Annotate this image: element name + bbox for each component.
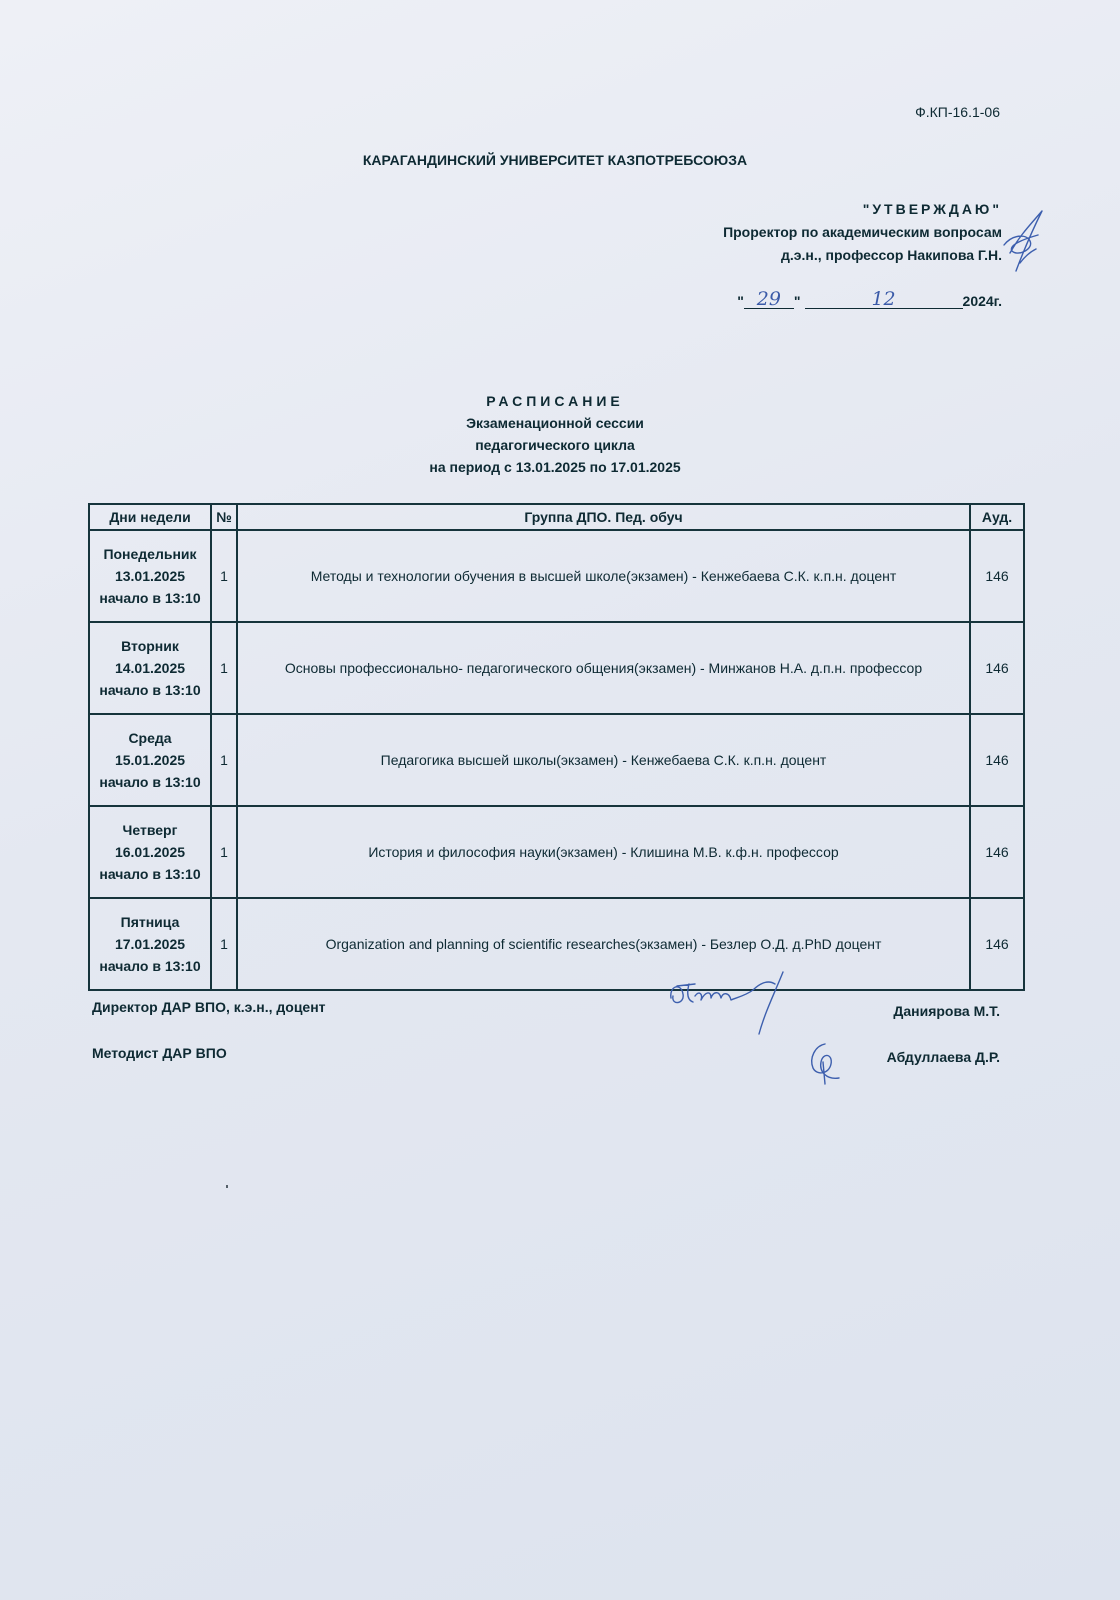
exam-date: 14.01.2025 [91, 657, 209, 679]
schedule-period: на период с 13.01.2025 по 17.01.2025 [0, 456, 1110, 478]
date-day: 29 [744, 290, 794, 309]
start-time: начало в 13:10 [91, 771, 209, 793]
room-cell: 146 [970, 530, 1024, 622]
form-code: Ф.КП-16.1-06 [915, 104, 1000, 120]
subject-cell: Методы и технологии обучения в высшей шк… [237, 530, 970, 622]
weekday: Вторник [91, 635, 209, 657]
subject-cell: Педагогика высшей школы(экзамен) - Кенже… [237, 714, 970, 806]
row-number: 1 [211, 622, 237, 714]
start-time: начало в 13:10 [91, 587, 209, 609]
weekday: Пятница [91, 911, 209, 933]
header-group: Группа ДПО. Пед. обуч [237, 504, 970, 530]
table-row: Среда15.01.2025начало в 13:101Педагогика… [89, 714, 1024, 806]
date-open-quote: " [737, 293, 744, 309]
approval-position: Проректор по академическим вопросам [723, 221, 1002, 244]
row-number: 1 [211, 530, 237, 622]
methodist-position: Методист ДАР ВПО [92, 1045, 227, 1061]
row-number: 1 [211, 806, 237, 898]
day-cell: Понедельник13.01.2025начало в 13:10 [89, 530, 211, 622]
exam-date: 17.01.2025 [91, 933, 209, 955]
methodist-name: Абдуллаева Д.Р. [887, 1049, 1000, 1065]
exam-date: 13.01.2025 [91, 565, 209, 587]
row-number: 1 [211, 714, 237, 806]
header-number: № [211, 504, 237, 530]
director-position: Директор ДАР ВПО, к.э.н., доцент [92, 999, 326, 1015]
day-cell: Четверг16.01.2025начало в 13:10 [89, 806, 211, 898]
header-day: Дни недели [89, 504, 211, 530]
subject-cell: Основы профессионально- педагогического … [237, 622, 970, 714]
approval-block: "УТВЕРЖДАЮ" Проректор по академическим в… [723, 198, 1002, 267]
schedule-subtitle-1: Экзаменационной сессии [0, 412, 1110, 434]
table-row: Вторник14.01.2025начало в 13:101Основы п… [89, 622, 1024, 714]
room-cell: 146 [970, 714, 1024, 806]
room-cell: 146 [970, 622, 1024, 714]
room-cell: 146 [970, 806, 1024, 898]
weekday: Среда [91, 727, 209, 749]
rector-signature-icon [1000, 205, 1070, 275]
table-row: Пятница17.01.2025начало в 13:101Organiza… [89, 898, 1024, 990]
row-number: 1 [211, 898, 237, 990]
day-cell: Вторник14.01.2025начало в 13:10 [89, 622, 211, 714]
weekday: Понедельник [91, 543, 209, 565]
schedule-heading: РАСПИСАНИЕ Экзаменационной сессии педаго… [0, 390, 1120, 478]
director-name: Даниярова М.Т. [893, 1003, 1000, 1019]
schedule-subtitle-2: педагогического цикла [0, 434, 1110, 456]
date-month: 12 [805, 290, 963, 309]
approval-title: "УТВЕРЖДАЮ" [723, 198, 1002, 221]
exam-date: 16.01.2025 [91, 841, 209, 863]
header-room: Ауд. [970, 504, 1024, 530]
table-row: Понедельник13.01.2025начало в 13:101Мето… [89, 530, 1024, 622]
date-close-quote: " [794, 293, 801, 309]
methodist-signature-icon [805, 1040, 845, 1086]
university-name: КАРАГАНДИНСКИЙ УНИВЕРСИТЕТ КАЗПОТРЕБСОЮЗ… [0, 152, 1120, 168]
weekday: Четверг [91, 819, 209, 841]
schedule-title: РАСПИСАНИЕ [0, 390, 1110, 412]
approval-person: д.э.н., профессор Накипова Г.Н. [723, 244, 1002, 267]
day-cell: Пятница17.01.2025начало в 13:10 [89, 898, 211, 990]
start-time: начало в 13:10 [91, 955, 209, 977]
start-time: начало в 13:10 [91, 679, 209, 701]
table-header-row: Дни недели № Группа ДПО. Пед. обуч Ауд. [89, 504, 1024, 530]
paper-speck [226, 1185, 228, 1188]
start-time: начало в 13:10 [91, 863, 209, 885]
date-year: 2024г. [963, 293, 1002, 309]
subject-cell: Organization and planning of scientific … [237, 898, 970, 990]
table-row: Четверг16.01.2025начало в 13:101История … [89, 806, 1024, 898]
day-cell: Среда15.01.2025начало в 13:10 [89, 714, 211, 806]
schedule-table: Дни недели № Группа ДПО. Пед. обуч Ауд. … [88, 503, 1025, 991]
director-signature-icon [665, 968, 795, 1040]
approval-date: " 29 " 12 2024г. [737, 290, 1002, 309]
exam-date: 15.01.2025 [91, 749, 209, 771]
subject-cell: История и философия науки(экзамен) - Кли… [237, 806, 970, 898]
room-cell: 146 [970, 898, 1024, 990]
